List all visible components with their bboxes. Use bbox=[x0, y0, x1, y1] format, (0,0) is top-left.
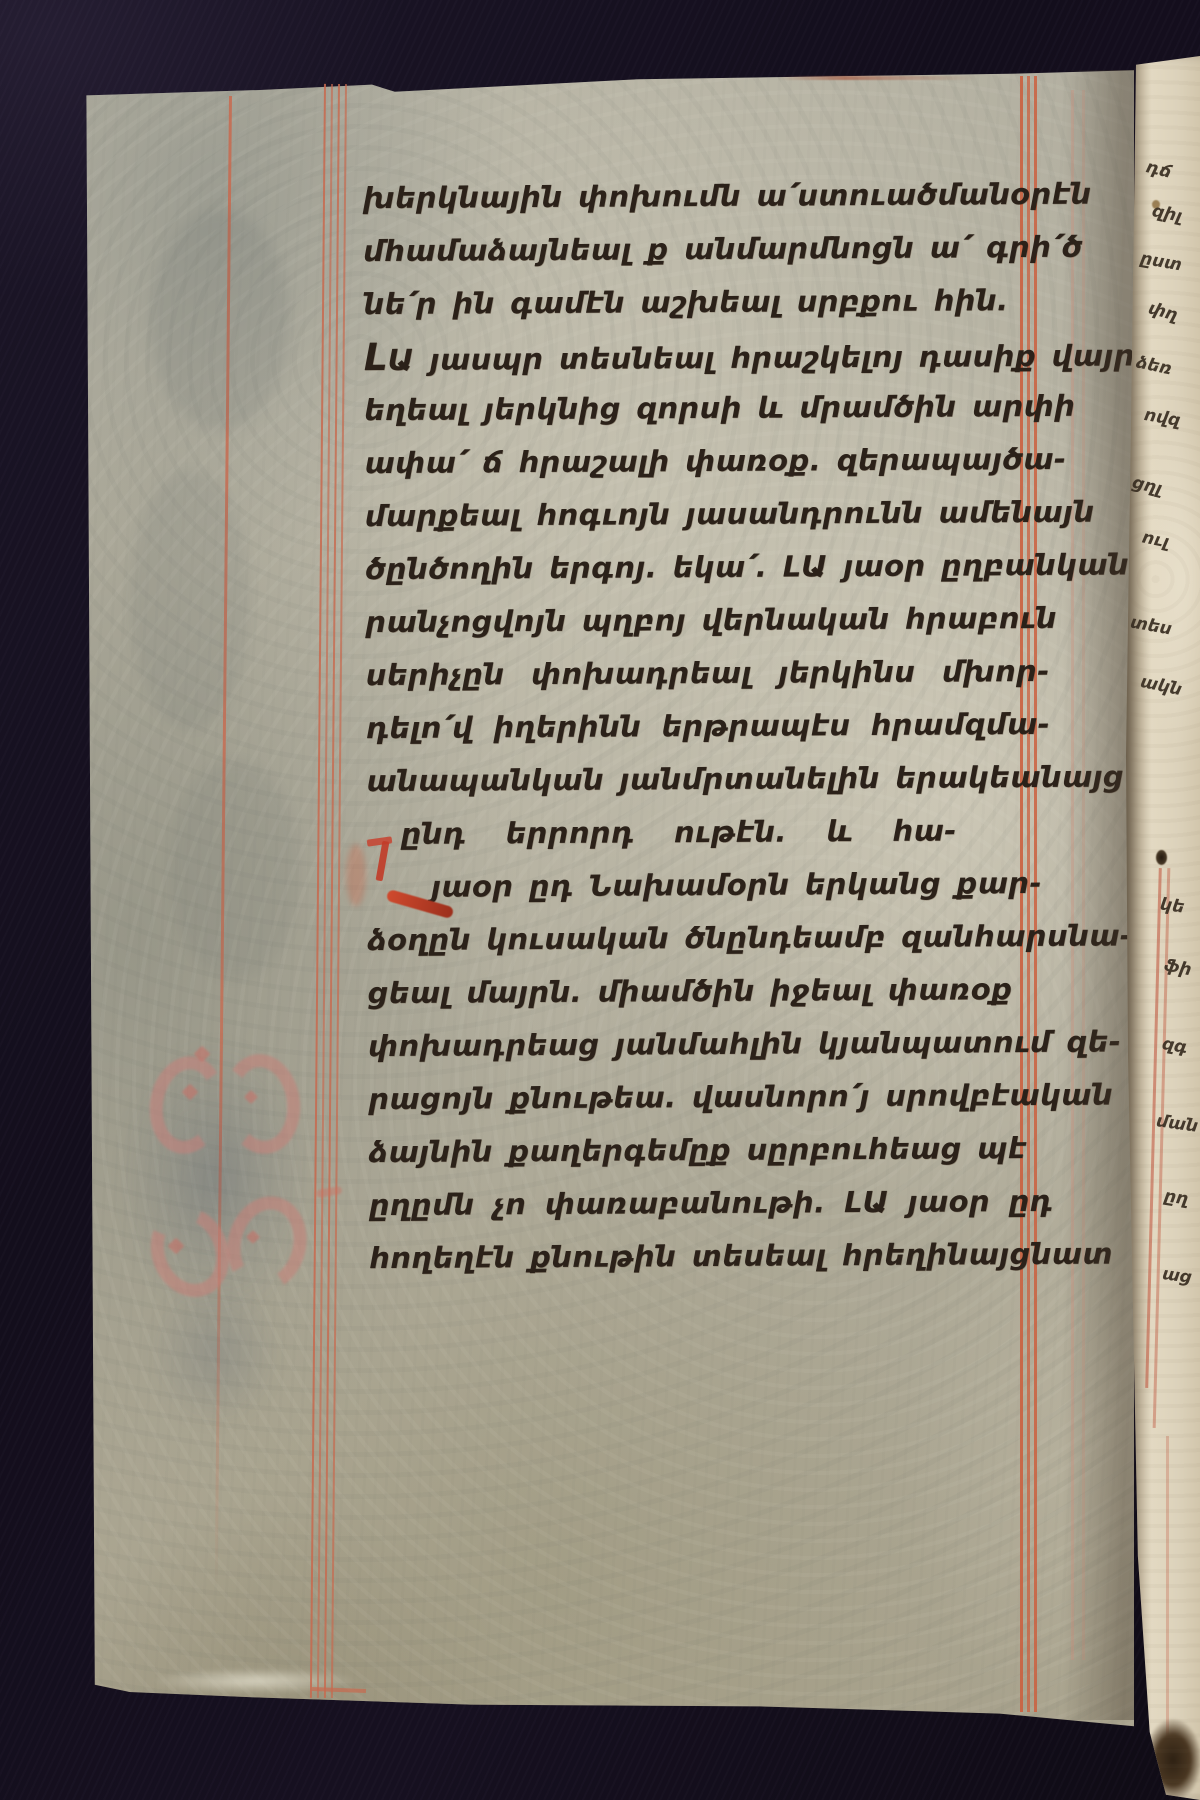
text-line: ձօղըն կուսական ծնընդեամբ զանհարսնա- bbox=[367, 910, 1051, 967]
text-line: րացոյն քնութեա. վասնորո՛յ սրովբէական bbox=[368, 1069, 1052, 1126]
text-line: սերիչըն փոխադրեալ յերկինս մխոր- bbox=[366, 645, 1050, 702]
facing-text-fragment: ձեռ bbox=[1134, 352, 1173, 379]
text-line: ցեալ մայրն. միամծին իջեալ փառօք bbox=[367, 963, 1007, 1020]
top-edge-red-stain bbox=[778, 76, 978, 80]
text-line: դելո՛վ իղերինն երթրապէս հրամզմա- bbox=[366, 698, 1050, 755]
text-line: ընդ երրորդ ութէն. և հա- bbox=[400, 804, 956, 860]
text-line: ԼԱ յասպր տեսնեալ հրաշկելոյ դասիք վայր bbox=[364, 327, 1048, 384]
text-line: ձայնին քաղերգեմըք սըրբուհեաց պէ bbox=[368, 1122, 1020, 1179]
text-line: անապանկան յանմրտանելին երակեանայց bbox=[366, 751, 1050, 808]
facing-text-fragment: ըստ bbox=[1139, 249, 1184, 276]
cover-blotch bbox=[1144, 1718, 1200, 1800]
text-line: յաօր ըդ Նախամօրն երկանց քար- bbox=[431, 857, 1039, 914]
facing-text-fragment: ցղլ bbox=[1130, 473, 1164, 500]
text-line: րանչոցվոյն պղբոյ վերնական հրաբուն bbox=[365, 592, 1013, 649]
text-block: խերկնային փոխումն ա՛ստուածմանօրէն մհամաձ… bbox=[363, 168, 1054, 1285]
ink-showthrough bbox=[150, 210, 290, 430]
facing-text-fragment: զգ bbox=[1160, 1034, 1189, 1058]
text-line: հողեղէն քնութին տեսեալ հրեղինայցնատ bbox=[369, 1228, 1053, 1285]
facing-text-fragment: ման bbox=[1155, 1111, 1199, 1137]
facing-ruling-line bbox=[1153, 868, 1170, 1428]
facing-ruling-line bbox=[1145, 868, 1161, 1388]
ink-showthrough bbox=[130, 470, 250, 730]
facing-folio-edge: դճ զիլ ըստ փղ ձեռ ովզ ցղլ ուլ տես ակն կե… bbox=[1126, 56, 1200, 1800]
text-line: եղեալ յերկնից զորսի և մրամծին արփի bbox=[364, 380, 1064, 437]
text-line: մհամաձայնեալ ք անմարմնոցն ա՛ գրի՛ծ bbox=[363, 221, 1047, 278]
facing-text-fragment: զիլ bbox=[1150, 201, 1184, 227]
text-line: ափա՛ ճ հրաշալի փառօք. զերապայծա- bbox=[364, 433, 1048, 490]
gutter-shadow bbox=[1062, 70, 1134, 1720]
text-line: խերկնային փոխումն ա՛ստուածմանօրէն bbox=[363, 168, 1047, 225]
ink-showthrough bbox=[170, 760, 300, 980]
text-line: մարքեալ հոգւոյն յասանդրունն ամենայն bbox=[365, 486, 1049, 543]
facing-ruling-line bbox=[1166, 1436, 1169, 1766]
facing-text-fragment: տես bbox=[1129, 613, 1174, 640]
text-line: ծընծողին երգոյ. եկա՛. ԼԱ յաօր ըղբանկան bbox=[365, 539, 1049, 596]
facing-text-fragment: աց bbox=[1161, 1264, 1193, 1288]
text-line: նե՛ր ին գամէն աշխեալ սրբքու հին. bbox=[363, 274, 995, 331]
ornament-showthrough-blob bbox=[150, 1278, 280, 1428]
facing-text-fragment: ֆի bbox=[1162, 956, 1193, 980]
facing-text-fragment: ուլ bbox=[1140, 527, 1171, 552]
manuscript-photo: խերկնային փոխումն ա՛ստուածմանօրէն մհամաձ… bbox=[0, 0, 1200, 1800]
stain-fleck bbox=[1152, 200, 1160, 209]
text-line: ըղըմն չո փառաբանութի. ԼԱ յաօր ըդ bbox=[369, 1175, 1053, 1232]
facing-text-fragment: կե bbox=[1159, 894, 1186, 917]
facing-text-fragment: ըղ bbox=[1163, 1186, 1190, 1210]
facing-text-fragment: ակն bbox=[1138, 672, 1183, 700]
facing-text-fragment: փղ bbox=[1146, 298, 1180, 325]
facing-text-fragment: դճ bbox=[1144, 157, 1174, 183]
text-line: փոխադրեաց յանմահլին կյանպատում զե- bbox=[368, 1016, 1052, 1073]
facing-text-fragment: ովզ bbox=[1143, 405, 1182, 431]
parchment-hole bbox=[1156, 850, 1167, 865]
rubric-smudge bbox=[346, 844, 366, 906]
